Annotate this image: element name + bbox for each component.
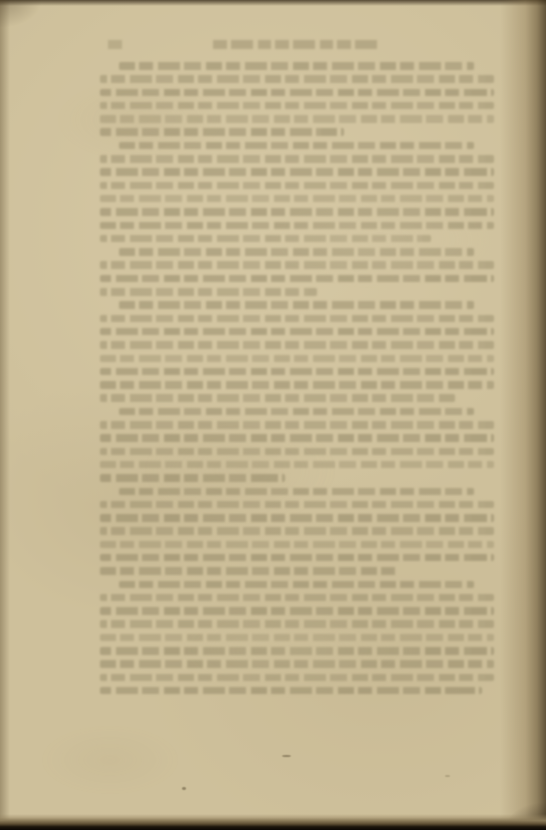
faded-text-line — [100, 634, 494, 642]
faded-text-line — [100, 208, 494, 216]
faded-text-line — [100, 474, 285, 482]
faded-text-block — [100, 62, 494, 700]
faded-text-line — [119, 581, 474, 589]
foxing-speck — [445, 775, 450, 777]
faded-text-line — [100, 660, 494, 668]
faded-text-line — [100, 89, 494, 97]
faded-text-line — [100, 261, 494, 269]
faded-text-line — [100, 620, 494, 628]
faded-text-line — [100, 381, 494, 389]
faded-text-line — [100, 328, 494, 336]
faded-text-line — [100, 102, 494, 110]
paragraph — [100, 301, 494, 402]
right-gutter-shadow — [500, 0, 546, 830]
faded-text-line — [100, 341, 494, 349]
paragraph — [100, 142, 494, 243]
faded-text-line — [119, 62, 474, 70]
faded-text-line — [100, 527, 494, 535]
faded-text-line — [100, 541, 494, 549]
faded-text-line — [100, 235, 431, 243]
faded-text-line — [100, 275, 494, 283]
faded-text-line — [100, 687, 482, 695]
faded-text-line — [100, 461, 494, 469]
faded-text-line — [100, 514, 494, 522]
foxing-speck — [282, 755, 291, 757]
faded-text-line — [100, 75, 494, 83]
faded-text-line — [100, 448, 494, 456]
paragraph — [100, 248, 494, 295]
faded-text-line — [100, 674, 494, 682]
page-number-smudge — [108, 40, 126, 49]
faded-text-line — [100, 554, 494, 562]
faded-text-line — [100, 115, 494, 123]
faded-text-line — [119, 248, 474, 256]
faded-text-line — [100, 182, 494, 190]
faded-text-line — [100, 434, 494, 442]
paragraph — [100, 581, 494, 695]
page-header — [100, 38, 494, 52]
left-edge-shadow — [0, 0, 10, 830]
faded-text-line — [100, 355, 494, 363]
paragraph — [100, 488, 494, 575]
faded-text-line — [100, 168, 494, 176]
faded-text-line — [100, 128, 344, 136]
faded-text-line — [100, 501, 494, 509]
faded-text-line — [100, 607, 494, 615]
faded-text-line — [119, 488, 474, 496]
faded-text-line — [100, 368, 494, 376]
faded-text-line — [100, 394, 455, 402]
faded-text-line — [100, 155, 494, 163]
top-edge-shadow — [0, 0, 546, 6]
faded-text-line — [100, 421, 494, 429]
foxing-speck — [182, 787, 186, 790]
running-title-smudge — [213, 40, 381, 49]
faded-text-line — [119, 408, 474, 416]
faded-text-line — [100, 647, 494, 655]
scanned-page — [0, 0, 546, 830]
faded-text-line — [119, 301, 474, 309]
faded-text-line — [100, 594, 494, 602]
bottom-edge-shadow — [0, 814, 546, 830]
faded-text-line — [100, 195, 494, 203]
paragraph — [100, 62, 494, 136]
paragraph — [100, 408, 494, 482]
faded-text-line — [119, 142, 474, 150]
faded-text-line — [100, 315, 494, 323]
faded-text-line — [100, 222, 494, 230]
faded-text-line — [100, 567, 399, 575]
faded-text-line — [100, 288, 317, 296]
